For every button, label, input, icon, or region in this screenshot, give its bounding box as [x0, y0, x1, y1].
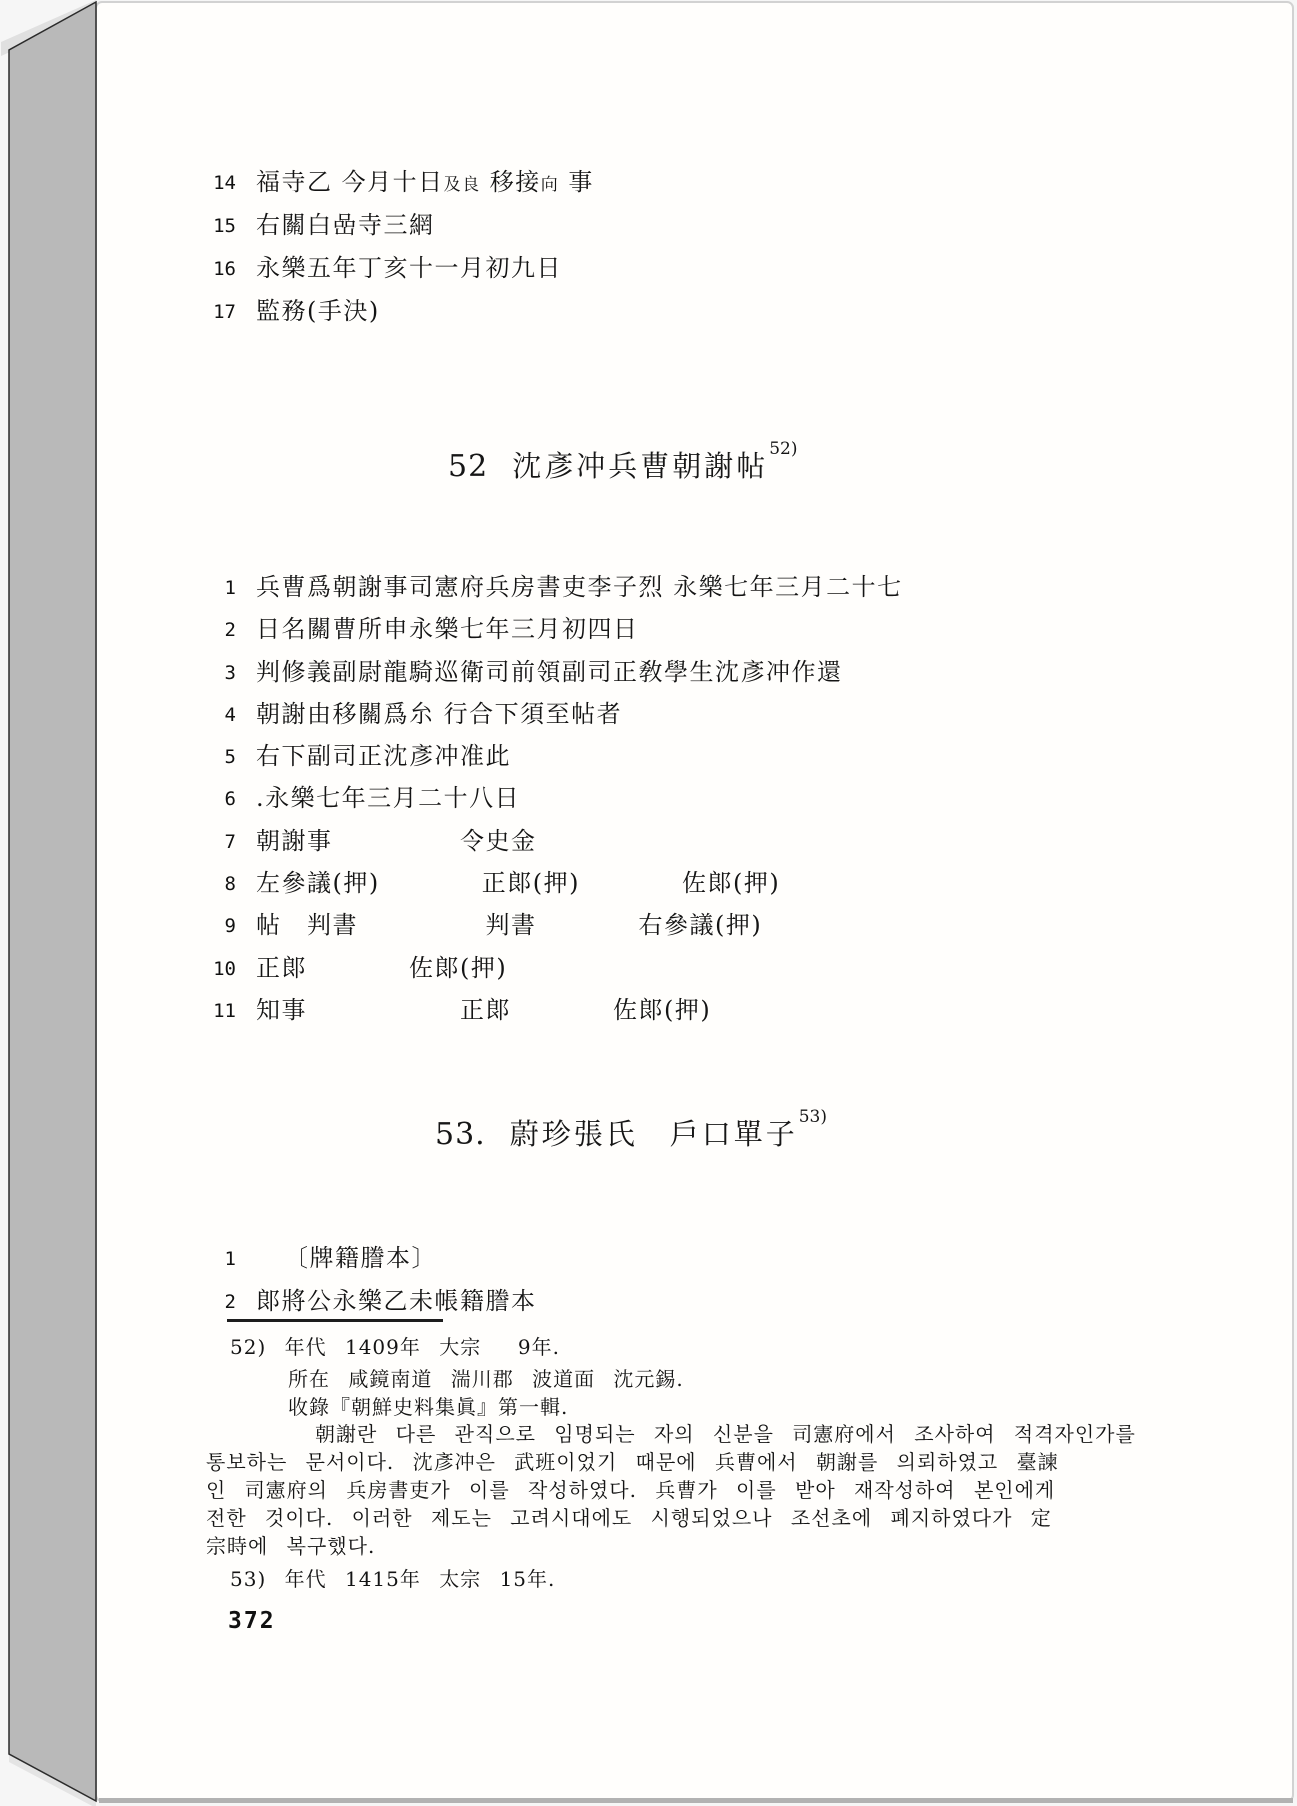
line-text: 帖 判書 判書 右參議(押)	[256, 910, 762, 940]
document-line: 3判修義副尉龍騎巡衛司前領副司正敎學生沈彥冲作還	[200, 657, 903, 699]
footnote-line: 宗時에 복구했다.	[206, 1530, 375, 1559]
footnote-ref-52: 52)	[769, 439, 797, 459]
line-number: 1	[200, 572, 236, 599]
line-number: 3	[200, 657, 236, 684]
line-number: 14	[200, 167, 236, 194]
footnote-line: 朝謝란 다른 관직으로 임명되는 자의 신분을 司憲府에서 조사하여 적격자인가…	[315, 1418, 1136, 1447]
footnote-line: 인 司憲府의 兵房書吏가 이를 작성하였다. 兵曹가 이를 받아 재작성하여 본…	[206, 1474, 1055, 1503]
line-text: 左參議(押) 正郞(押) 佐郞(押)	[256, 868, 780, 898]
line-text: 永樂五年丁亥十一月初九日	[256, 253, 562, 283]
footnote-line: 所在 咸鏡南道 湍川郡 波道面 沈元錫.	[288, 1363, 684, 1392]
line-text: .永樂七年三月二十八日	[256, 783, 520, 813]
line-text-segment: 移接	[481, 168, 541, 196]
document-line: 17監務(手決)	[200, 296, 594, 339]
document-line: 2郞將公永樂乙未帳籍謄本	[200, 1286, 537, 1329]
line-number: 10	[200, 953, 236, 980]
line-text-segment: 福寺乙 今月十日	[256, 168, 444, 196]
section-52-heading: 52 沈彥冲兵曹朝謝帖52)	[448, 444, 797, 485]
line-text: 〔牌籍謄本〕	[284, 1243, 437, 1273]
line-text: 監務(手決)	[256, 296, 380, 326]
section-52-title-text: 沈彥冲兵曹朝謝帖	[512, 449, 768, 483]
line-text: 日名關曹所申永樂七年三月初四日	[256, 614, 639, 644]
top-line-block: 14福寺乙 今月十日及良 移接向 事15右關白嵒寺三網16永樂五年丁亥十一月初九…	[200, 167, 594, 339]
line-number: 6	[200, 783, 236, 810]
line-number: 1	[200, 1243, 236, 1270]
line-text: 福寺乙 今月十日及良 移接向 事	[256, 167, 594, 197]
page-content: 14福寺乙 今月十日及良 移接向 事15右關白嵒寺三網16永樂五年丁亥十一月初九…	[0, 0, 1297, 1806]
line-text: 郞將公永樂乙未帳籍謄本	[256, 1286, 537, 1316]
footnote-line: 收錄『朝鮮史料集眞』第一輯.	[288, 1391, 568, 1420]
document-line: 1〔牌籍謄本〕	[200, 1243, 537, 1286]
book-scan-canvas: 14福寺乙 今月十日及良 移接向 事15右關白嵒寺三網16永樂五年丁亥十一月初九…	[0, 0, 1297, 1806]
section-53-heading: 53. 蔚珍張氏 戶口單子53)	[435, 1112, 827, 1153]
document-line: 6.永樂七年三月二十八日	[200, 783, 903, 825]
document-line: 8左參議(押) 正郞(押) 佐郞(押)	[200, 868, 903, 910]
line-text: 右下副司正沈彥冲准此	[256, 741, 511, 771]
document-line: 11知事 正郞 佐郞(押)	[200, 995, 903, 1037]
footnote-line: 통보하는 문서이다. 沈彥冲은 武班이었기 때문에 兵曹에서 朝謝를 의뢰하였고…	[206, 1446, 1059, 1475]
line-text: 朝謝由移關爲厼 行合下須至帖者	[256, 699, 622, 729]
document-line: 15右關白嵒寺三網	[200, 210, 594, 253]
line-text-segment: 事	[559, 168, 594, 196]
line-text: 正郞 佐郞(押)	[256, 953, 507, 983]
line-number: 5	[200, 741, 236, 768]
document-line: 4朝謝由移關爲厼 行合下須至帖者	[200, 699, 903, 741]
line-number: 2	[200, 614, 236, 641]
document-line: 10正郞 佐郞(押)	[200, 953, 903, 995]
document-line: 7朝謝事 令史金	[200, 826, 903, 868]
section-52-number: 52	[448, 449, 488, 484]
footnote-line: 전한 것이다. 이러한 제도는 고려시대에도 시행되었으나 조선초에 폐지하였다…	[206, 1502, 1052, 1531]
section-53-title: 蔚珍張氏 戶口單子53)	[510, 1112, 827, 1153]
line-number: 7	[200, 826, 236, 853]
line-number: 2	[200, 1286, 236, 1313]
footnote-line: 53) 年代 1415年 太宗 15年.	[230, 1563, 555, 1592]
line-number: 16	[200, 253, 236, 280]
line-number: 4	[200, 699, 236, 726]
section-53-number: 53.	[435, 1117, 486, 1152]
document-line: 14福寺乙 今月十日及良 移接向 事	[200, 167, 594, 210]
document-line: 9帖 判書 判書 右參議(押)	[200, 910, 903, 952]
section-52-title: 沈彥冲兵曹朝謝帖52)	[512, 444, 797, 485]
document-line: 2日名關曹所申永樂七年三月初四日	[200, 614, 903, 656]
footnote-ref-53: 53)	[799, 1107, 827, 1127]
section-52-line-block: 1兵曹爲朝謝事司憲府兵房書吏李子烈 永樂七年三月二十七2日名關曹所申永樂七年三月…	[200, 572, 903, 1037]
line-text: 朝謝事 令史金	[256, 826, 537, 856]
line-text: 知事 正郞 佐郞(押)	[256, 995, 711, 1025]
section-53-title-text: 蔚珍張氏 戶口單子	[510, 1117, 798, 1151]
section-53-line-block: 1〔牌籍謄本〕2郞將公永樂乙未帳籍謄本	[200, 1243, 537, 1329]
footnote-separator-rule	[227, 1319, 443, 1322]
line-number: 11	[200, 995, 236, 1022]
document-line: 1兵曹爲朝謝事司憲府兵房書吏李子烈 永樂七年三月二十七	[200, 572, 903, 614]
page-number: 372	[228, 1608, 276, 1634]
line-text: 兵曹爲朝謝事司憲府兵房書吏李子烈 永樂七年三月二十七	[256, 572, 903, 602]
line-number: 8	[200, 868, 236, 895]
footnote-line: 52) 年代 1409年 大宗 9年.	[230, 1331, 560, 1360]
gugyeol-small-text: 向	[541, 175, 560, 195]
document-line: 16永樂五年丁亥十一月初九日	[200, 253, 594, 296]
line-text: 右關白嵒寺三網	[256, 210, 435, 240]
line-number: 9	[200, 910, 236, 937]
line-number: 15	[200, 210, 236, 237]
document-line: 5右下副司正沈彥冲准此	[200, 741, 903, 783]
line-text: 判修義副尉龍騎巡衛司前領副司正敎學生沈彥冲作還	[256, 657, 843, 687]
line-number: 17	[200, 296, 236, 323]
gugyeol-small-text: 及良	[444, 175, 481, 195]
